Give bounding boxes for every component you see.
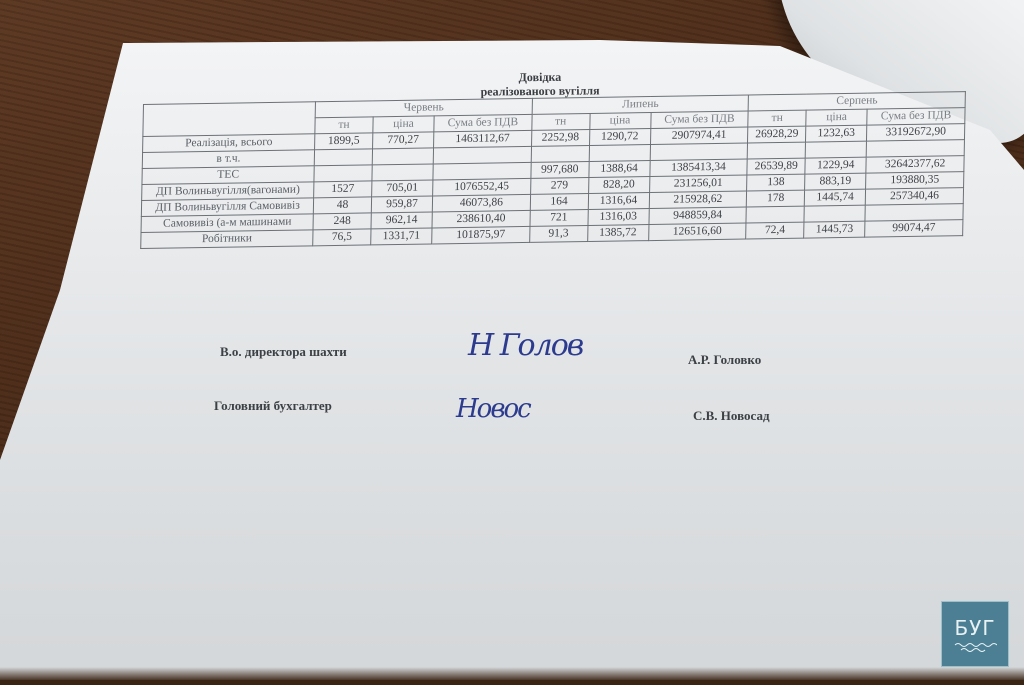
column-header: ціна (589, 113, 650, 130)
column-header: тн (532, 113, 590, 130)
table-cell: 1463112,67 (434, 130, 532, 148)
waves-icon (953, 642, 997, 652)
table-cell: 1527 (314, 181, 372, 198)
table-cell: 770,27 (372, 132, 433, 149)
table-cell: 997,680 (531, 162, 589, 179)
table-cell: 1388,64 (588, 161, 649, 178)
desk-edge (0, 667, 1024, 685)
table-cell: 126516,60 (648, 223, 746, 241)
table-cell: 1385413,34 (650, 159, 748, 177)
table-cell: 1899,5 (315, 133, 373, 150)
table-cell: 101875,97 (432, 226, 530, 244)
row-label-header (143, 102, 316, 137)
table-cell: 1316,03 (587, 209, 648, 226)
table-cell (748, 142, 806, 159)
row-label: Робітники (141, 230, 313, 249)
watermark-logo: БУГ (941, 601, 1009, 667)
column-header: ціна (373, 116, 434, 133)
sales-table: Червень Липень Серпень тнцінаСума без ПД… (140, 91, 966, 249)
table-cell: 193880,35 (866, 172, 964, 190)
table-cell (805, 141, 866, 158)
table-cell: 48 (313, 197, 371, 214)
table-cell: 721 (530, 210, 588, 227)
table-cell (650, 143, 748, 161)
table-cell (589, 145, 650, 162)
table-cell: 91,3 (529, 226, 587, 243)
table-cell (433, 146, 531, 164)
table-cell: 1076552,45 (433, 178, 531, 196)
table-cell: 1445,73 (804, 221, 865, 238)
table-cell: 1331,71 (371, 228, 432, 245)
column-header: Сума без ПДВ (434, 114, 532, 132)
watermark-text: БУГ (954, 616, 995, 640)
table-cell: 238610,40 (432, 210, 530, 228)
table-cell: 26539,89 (747, 158, 805, 175)
signature-accountant: Новос (456, 394, 530, 424)
table-cell: 1316,64 (588, 193, 649, 210)
column-header: Сума без ПДВ (867, 108, 965, 126)
table-cell: 2907974,41 (650, 127, 748, 145)
table-cell: 962,14 (371, 212, 432, 229)
table-cell: 1385,72 (587, 225, 648, 242)
position-accountant: Головний бухгалтер (214, 398, 332, 414)
table-cell: 948859,84 (649, 207, 747, 225)
signature-director: Н Голов (468, 328, 582, 363)
table-cell: 215928,62 (649, 191, 747, 209)
table-cell: 76,5 (313, 229, 371, 246)
table-cell: 32642377,62 (866, 156, 964, 174)
name-accountant: С.В. Новосад (693, 408, 770, 424)
column-header: тн (748, 110, 806, 127)
position-director: В.о. директора шахти (220, 344, 347, 360)
table-cell: 705,01 (372, 180, 433, 197)
table-cell: 178 (747, 190, 805, 207)
table-cell: 1232,63 (806, 125, 867, 142)
table-cell: 828,20 (588, 177, 649, 194)
sales-table-wrapper: Червень Липень Серпень тнцінаСума без ПД… (140, 91, 966, 249)
table-cell: 1229,94 (805, 157, 866, 174)
table-cell (746, 206, 804, 223)
table-cell: 164 (530, 194, 588, 211)
table-cell (372, 164, 433, 181)
table-cell (804, 205, 865, 222)
table-cell: 46073,86 (432, 194, 530, 212)
table-cell (372, 148, 433, 165)
table-body: Реалізація, всього1899,5770,271463112,67… (141, 124, 965, 249)
table-cell: 959,87 (371, 196, 432, 213)
table-cell: 248 (313, 213, 371, 230)
table-cell: 1445,74 (804, 189, 865, 206)
column-header: тн (315, 117, 373, 134)
document: Довідка реалізованого вугілля Червень Ли… (0, 0, 1024, 685)
table-cell (866, 140, 964, 158)
table-cell: 33192672,90 (867, 124, 965, 142)
document-title: Довідка реалізованого вугілля (420, 69, 660, 100)
table-cell (865, 204, 963, 222)
table-cell: 883,19 (805, 173, 866, 190)
table-cell (531, 145, 589, 162)
table-cell: 279 (530, 178, 588, 195)
column-header: ціна (806, 109, 867, 126)
table-cell (314, 149, 372, 166)
column-header: Сума без ПДВ (650, 111, 748, 129)
table-cell: 99074,47 (865, 220, 963, 238)
table-cell: 26928,29 (748, 126, 806, 143)
table-cell: 72,4 (746, 222, 804, 239)
name-director: А.Р. Головко (688, 352, 761, 368)
table-cell: 231256,01 (649, 175, 747, 193)
table-cell: 2252,98 (531, 129, 589, 146)
table-cell (433, 162, 531, 180)
table-cell: 257340,46 (865, 188, 963, 206)
table-cell (314, 165, 372, 182)
table-cell: 1290,72 (589, 129, 650, 146)
table-cell: 138 (747, 174, 805, 191)
